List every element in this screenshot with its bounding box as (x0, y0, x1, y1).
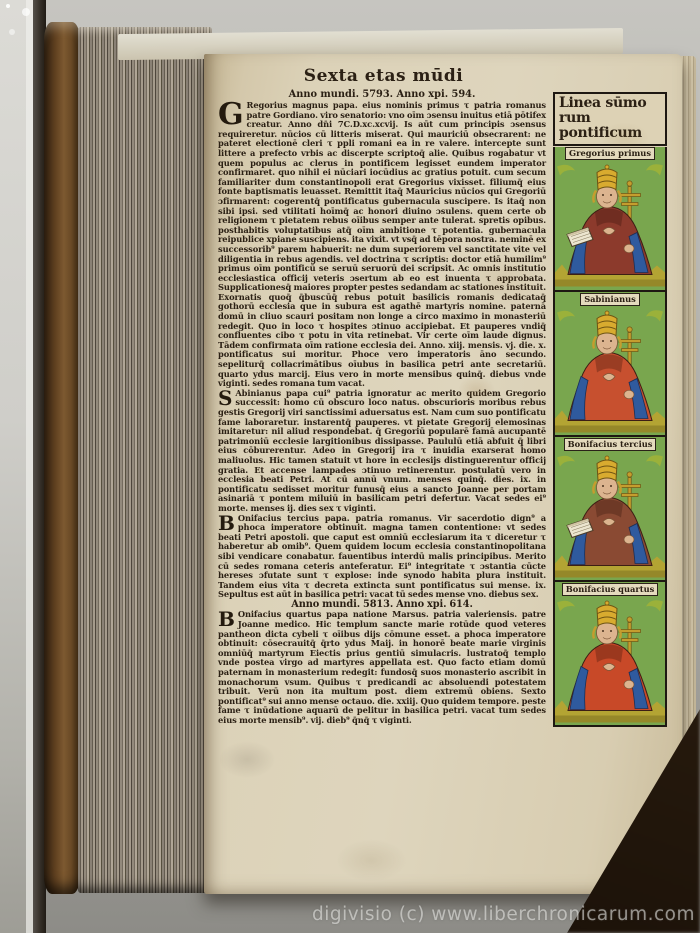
lineage-panels: Gregorius primus (553, 147, 667, 727)
dropcap-initial: G (218, 102, 244, 127)
pope-panel: Sabinianus (555, 290, 665, 435)
book-spine (44, 22, 80, 894)
stacked-page-edges (78, 27, 212, 893)
pope-woodcut-illustration (555, 306, 665, 433)
table-edge-highlight (26, 0, 33, 933)
dropcap-initial: S (218, 390, 232, 407)
pope-name-label: Sabinianus (580, 293, 640, 306)
page-content: Sexta etas mūdi Linea sūmo rum pontificu… (204, 54, 682, 726)
pope-name-label: Gregorius primus (565, 147, 655, 160)
paragraph-text: Abinianus papa cui⁹ patria ignoratur ac … (218, 388, 546, 513)
dust-specks (6, 4, 10, 8)
pope-name-label: Bonifacius tercius (564, 438, 657, 451)
pope-panel: Bonifacius tercius (555, 435, 665, 580)
page-title: Sexta etas mūdi (218, 66, 549, 86)
lineage-header-line1: Linea sūmo (559, 95, 646, 111)
pope-woodcut-illustration (555, 160, 665, 287)
pope-name-label: Bonifacius quartus (562, 583, 659, 596)
photo-background: Sexta etas mūdi Linea sūmo rum pontificu… (0, 0, 700, 933)
dropcap-initial: B (218, 611, 235, 628)
pope-woodcut-illustration (555, 451, 665, 578)
dropcap-initial: B (218, 515, 235, 532)
pope-lineage-column: Linea sūmo rum pontificum Gregorius prim… (553, 92, 667, 727)
pope-panel: Gregorius primus (555, 147, 665, 290)
lineage-header: Linea sūmo rum pontificum (553, 92, 667, 146)
pope-panel: Bonifacius quartus (555, 580, 665, 725)
paragraph-text: Onifacius tercius papa. patria romanus. … (218, 513, 546, 600)
lineage-header-line2: rum pontificum (559, 110, 642, 141)
paragraph-text: Onifacius quartus papa natione Marsus. p… (218, 609, 546, 725)
watermark-text: digivisio (c) www.liberchronicarum.com (312, 904, 695, 925)
book-page: Sexta etas mūdi Linea sūmo rum pontificu… (204, 54, 682, 894)
pope-woodcut-illustration (555, 596, 665, 723)
paragraph-text: Regorius magnus papa. eius nominis primu… (218, 100, 546, 388)
